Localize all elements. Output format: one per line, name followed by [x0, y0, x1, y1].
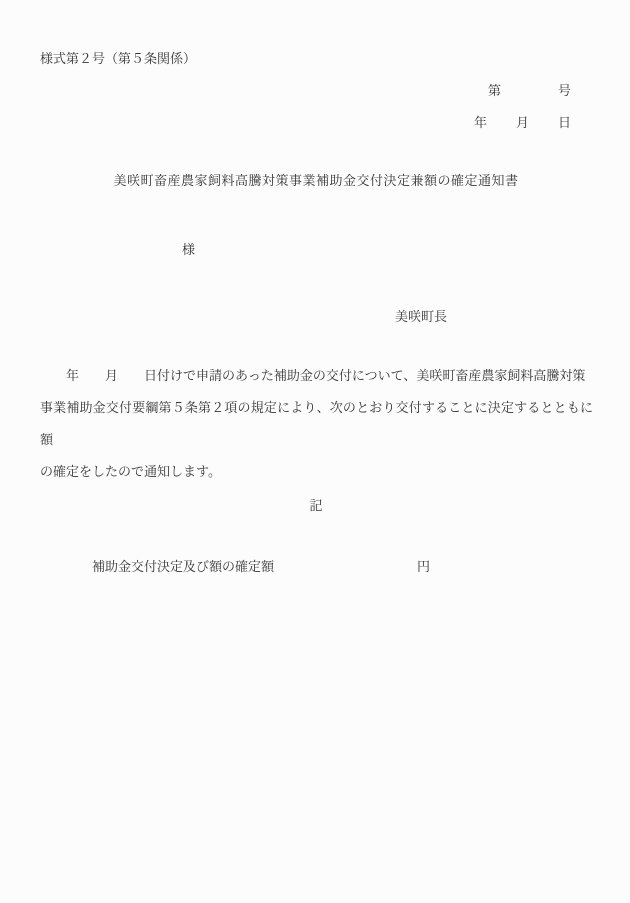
- body-line: の確定をしたので通知します。: [40, 456, 593, 488]
- date-line: 年 月 日: [474, 112, 572, 131]
- body-line: 事業補助金交付要綱第５条第２項の規定により、次のとおり交付することに決定するとと…: [40, 392, 593, 456]
- document-number-line: 第 号: [488, 80, 572, 99]
- body-line: 年 月 日付けで申請のあった補助金の交付について、美咲町畜産農家飼料高騰対策: [40, 360, 593, 392]
- amount-row: 補助金交付決定及び額の確定額 円: [40, 556, 592, 576]
- form-number-label: 様式第２号（第５条関係）: [40, 48, 196, 67]
- addressee-honorific: 様: [182, 239, 195, 258]
- sender-name: 美咲町長: [395, 306, 447, 325]
- amount-unit-yen: 円: [417, 556, 430, 575]
- ki-section-marker: 記: [40, 495, 592, 514]
- body-paragraph: 年 月 日付けで申請のあった補助金の交付について、美咲町畜産農家飼料高騰対策 事…: [40, 360, 593, 488]
- document-title: 美咲町畜産農家飼料高騰対策事業補助金交付決定兼額の確定通知書: [40, 170, 592, 189]
- document-page: 様式第２号（第５条関係） 第 号 年 月 日 美咲町畜産農家飼料高騰対策事業補助…: [0, 0, 630, 903]
- amount-label: 補助金交付決定及び額の確定額: [92, 556, 274, 575]
